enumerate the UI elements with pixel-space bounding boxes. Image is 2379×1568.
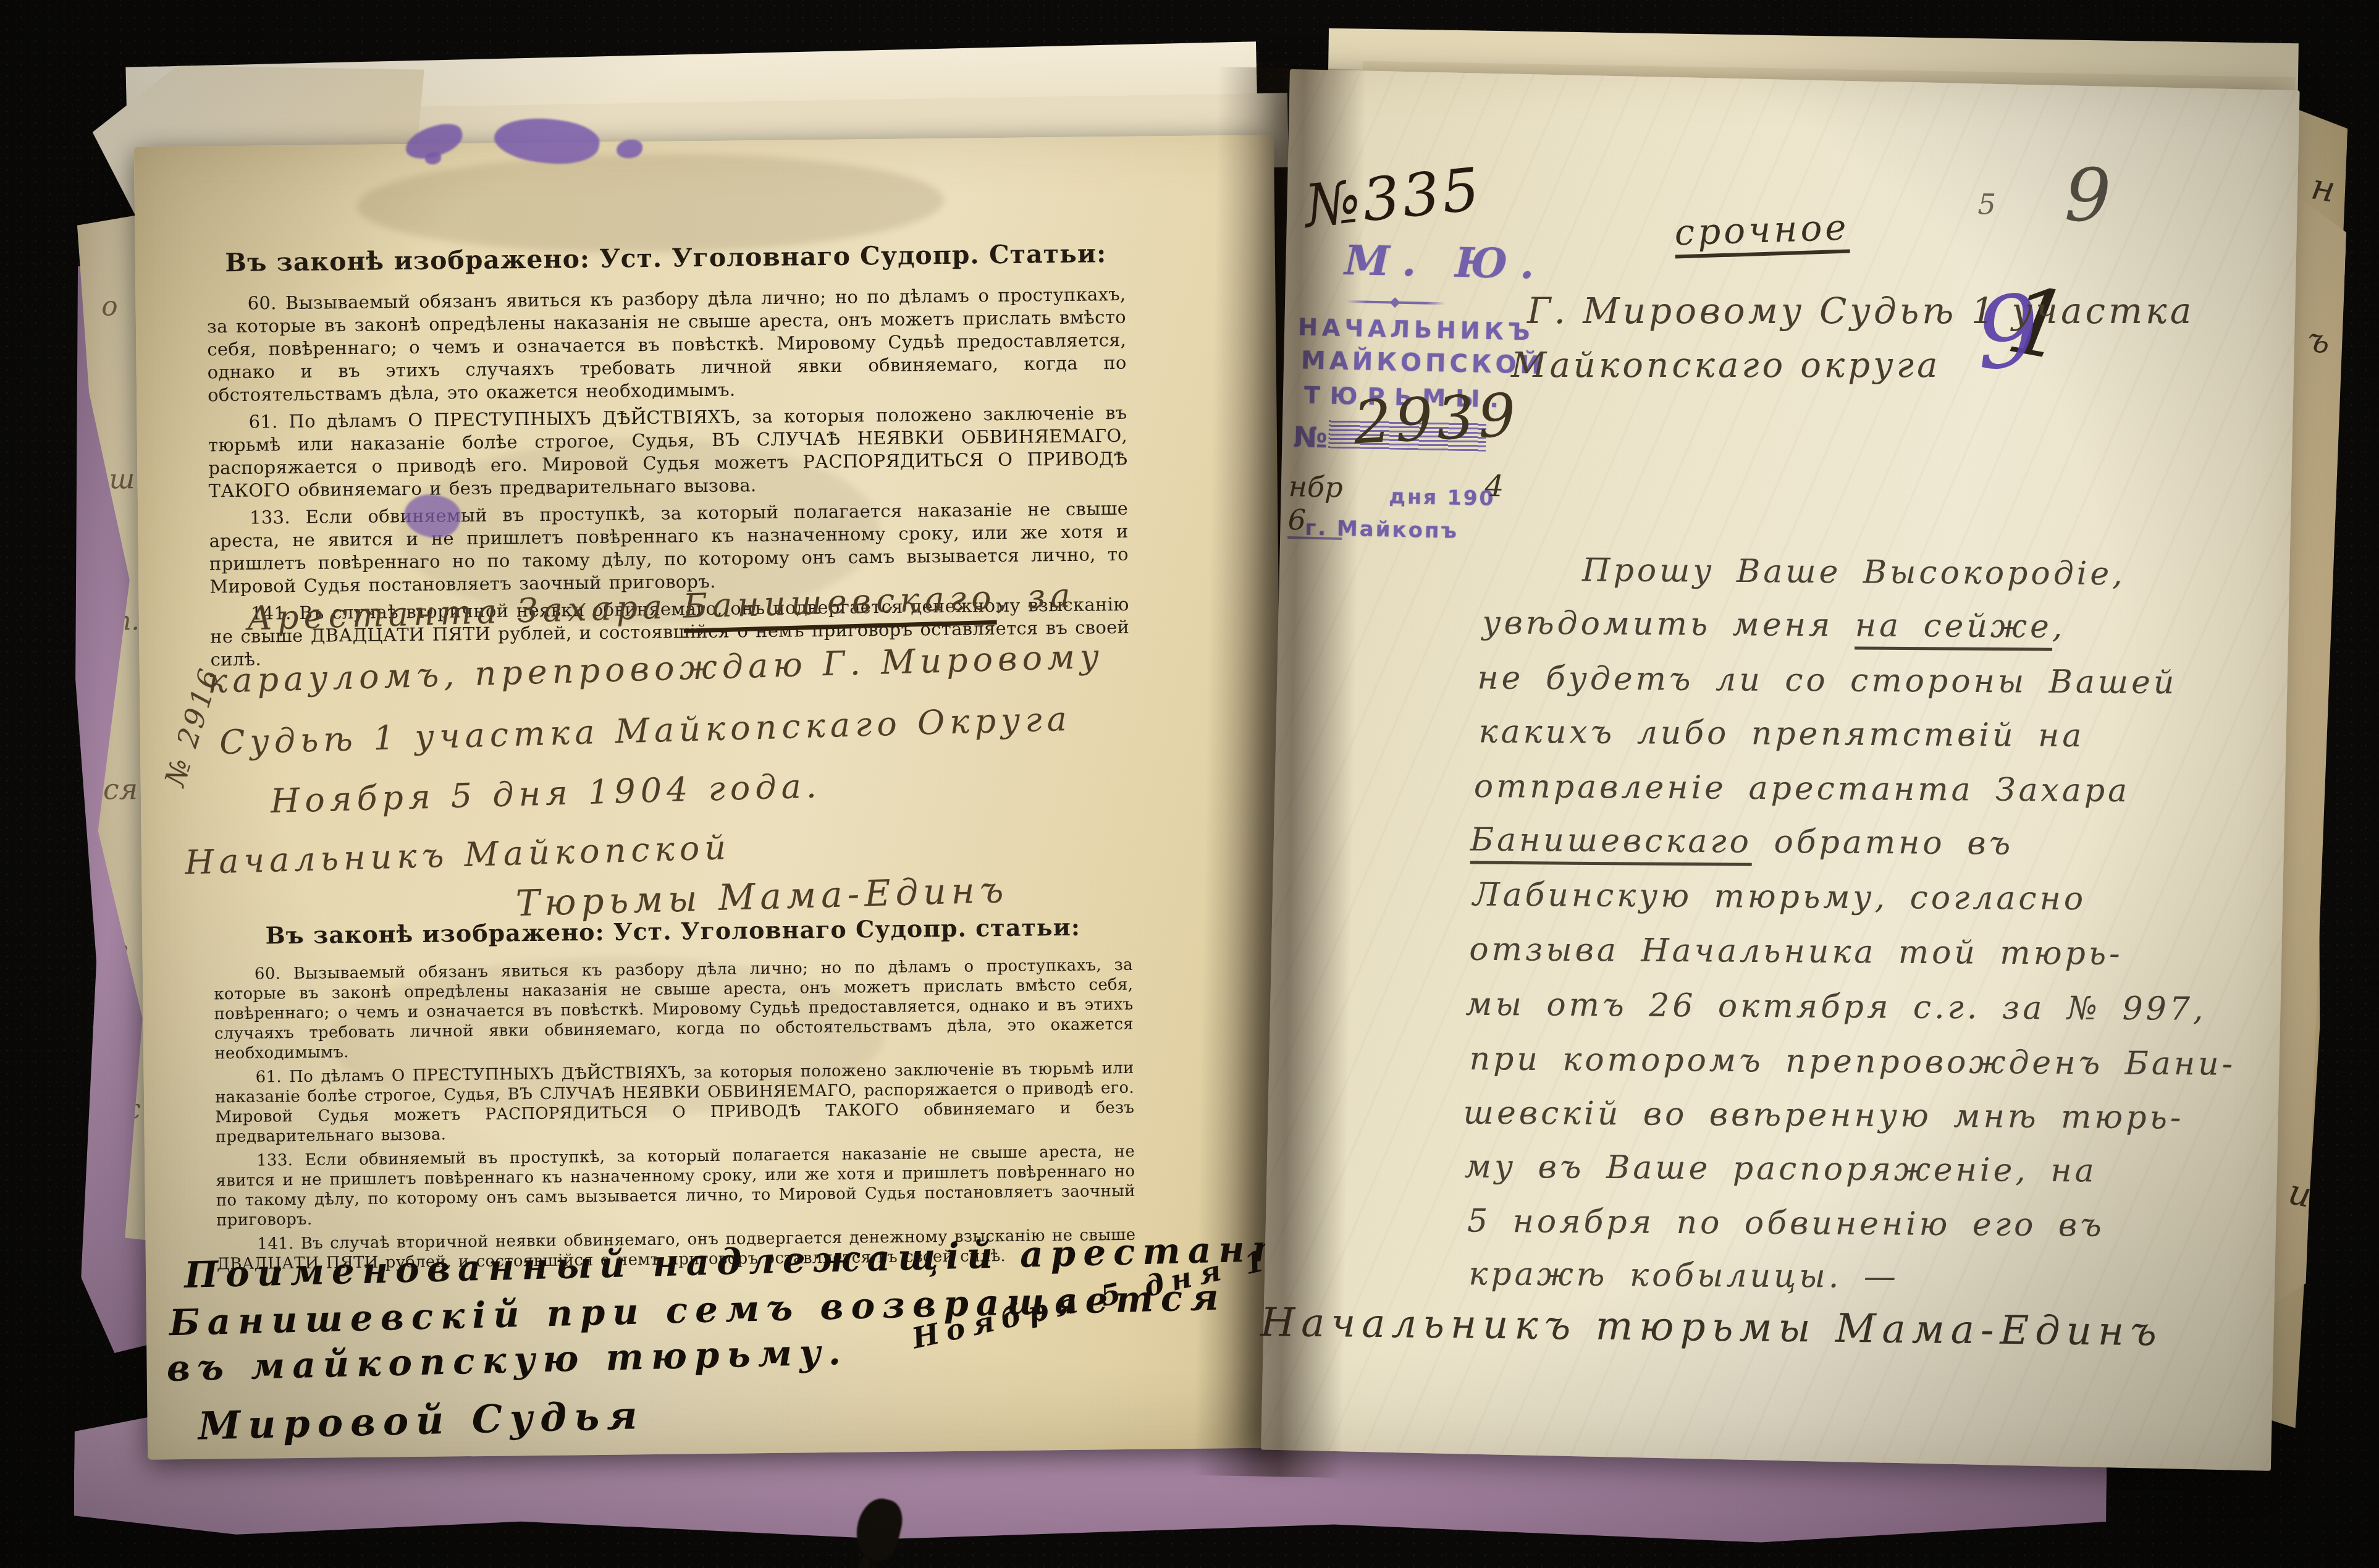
statute-article-133: 133. Если обвиняемый въ проступкѣ, за ко… <box>216 1142 1135 1231</box>
outgoing-number: 2939 <box>1352 381 1521 458</box>
ministry-abbreviation: М. Ю. <box>1344 236 1547 289</box>
letter-line: Банишевскаго обратно въ <box>1470 822 2014 862</box>
printed-statute-form-lower: Въ законѣ изображено: Уст. Уголовнаго Су… <box>213 913 1136 1279</box>
letter-text: увѣдомить меня <box>1482 604 1855 644</box>
handwriting-fragment: о <box>101 290 118 322</box>
warden-signature: Начальникъ тюрьмы Мама-Единъ <box>1260 1300 2163 1355</box>
right-page: №335 срочное 5 9 1 9 М. Ю. НАЧАЛЬНИКЪ МА… <box>1261 69 2299 1471</box>
bleed-through-smudge <box>356 151 945 256</box>
statute-article-60: 60. Вызываемый обязанъ явиться къ разбор… <box>206 283 1127 407</box>
letter-line: 5 ноября по обвиненію его въ <box>1467 1203 2105 1244</box>
judge-signature: Мировой Судья <box>198 1393 646 1449</box>
letter-line: при которомъ препровожденъ Бани- <box>1469 1040 2236 1083</box>
underlined-surname: Банишевскаго <box>1470 822 1753 866</box>
archival-photo: о ш т. ся в ж Въ законѣ изображено: Уст.… <box>0 0 2379 1568</box>
letter-line: Лабинскую тюрьму, согласно <box>1473 876 2086 917</box>
statute-article-61: 61. По дѣламъ О ПРЕСТУПНЫХЪ ДѢЙСТВІЯХЪ, … <box>215 1058 1135 1147</box>
handwriting-text: , за <box>996 576 1076 617</box>
recipient-line-2: Майкопскаго округа <box>1511 345 1940 386</box>
underlined-phrase: на сейже <box>1855 607 2052 651</box>
date-stamp-text: дня 190 <box>1389 484 1496 511</box>
recipient-line-1: Г. Мировому Судьѣ 1 участка <box>1527 290 2194 332</box>
urgency-note: срочное <box>1674 206 1850 259</box>
underlined-surname: Банишевскаго <box>683 578 997 633</box>
letter-line: шевскій во ввѣренную мнѣ тюрь- <box>1463 1094 2184 1136</box>
letter-line: мы отъ 26 октября с.г. за № 997, <box>1465 986 2206 1028</box>
statute-article-61: 61. По дѣламъ О ПРЕСТУПНЫХЪ ДѢЙСТВІЯХЪ, … <box>208 402 1127 503</box>
letter-text: обратно въ <box>1752 824 2014 862</box>
handwriting-fragment: ъ <box>2305 320 2331 361</box>
statute-title: Въ законѣ изображено: Уст. Уголовнаго Су… <box>206 238 1126 278</box>
letter-line: отправленіе арестанта Захара <box>1474 768 2131 809</box>
handwriting-date-line: Ноября 5 дня 1904 года. <box>270 766 822 820</box>
statute-title: Въ законѣ изображено: Уст. Уголовнаго Су… <box>213 913 1132 950</box>
statute-article-60: 60. Вызываемый обязанъ явиться къ разбор… <box>214 955 1134 1064</box>
letter-line: не будетъ ли со стороны Вашей <box>1477 659 2177 701</box>
handwriting-line: Судьѣ 1 участка Майкопскаго Округа <box>219 699 1072 762</box>
date-year-tail: 4 <box>1484 469 1504 504</box>
pencil-mark-small: 5 <box>1977 187 1996 221</box>
letter-line: кражѣ кобылицы. — <box>1468 1255 1899 1296</box>
letter-line: отзыва Начальника той тюрь- <box>1469 931 2123 972</box>
left-page: Въ законѣ изображено: Уст. Уголовнаго Су… <box>134 135 1287 1459</box>
book-gutter-shadow <box>1194 67 1366 1478</box>
signature-title-line: Начальникъ Майкопской <box>184 828 731 882</box>
letter-line: Прошу Ваше Высокородіе, <box>1582 552 2126 592</box>
letter-line: какихъ либо препятствій на <box>1478 713 2084 754</box>
handwriting-fragment: ся <box>103 772 138 806</box>
letter-line: му въ Ваше распоряженіе, на <box>1465 1148 2097 1189</box>
pencil-page-number: 9 <box>2064 152 2112 238</box>
letter-text: , <box>2052 609 2066 646</box>
handwriting-fragment: ш <box>109 463 135 495</box>
letter-body: Прошу Ваше Высокородіе, увѣдомить меня н… <box>1484 546 2287 563</box>
letter-line: увѣдомить меня на сейже, <box>1482 604 2065 646</box>
